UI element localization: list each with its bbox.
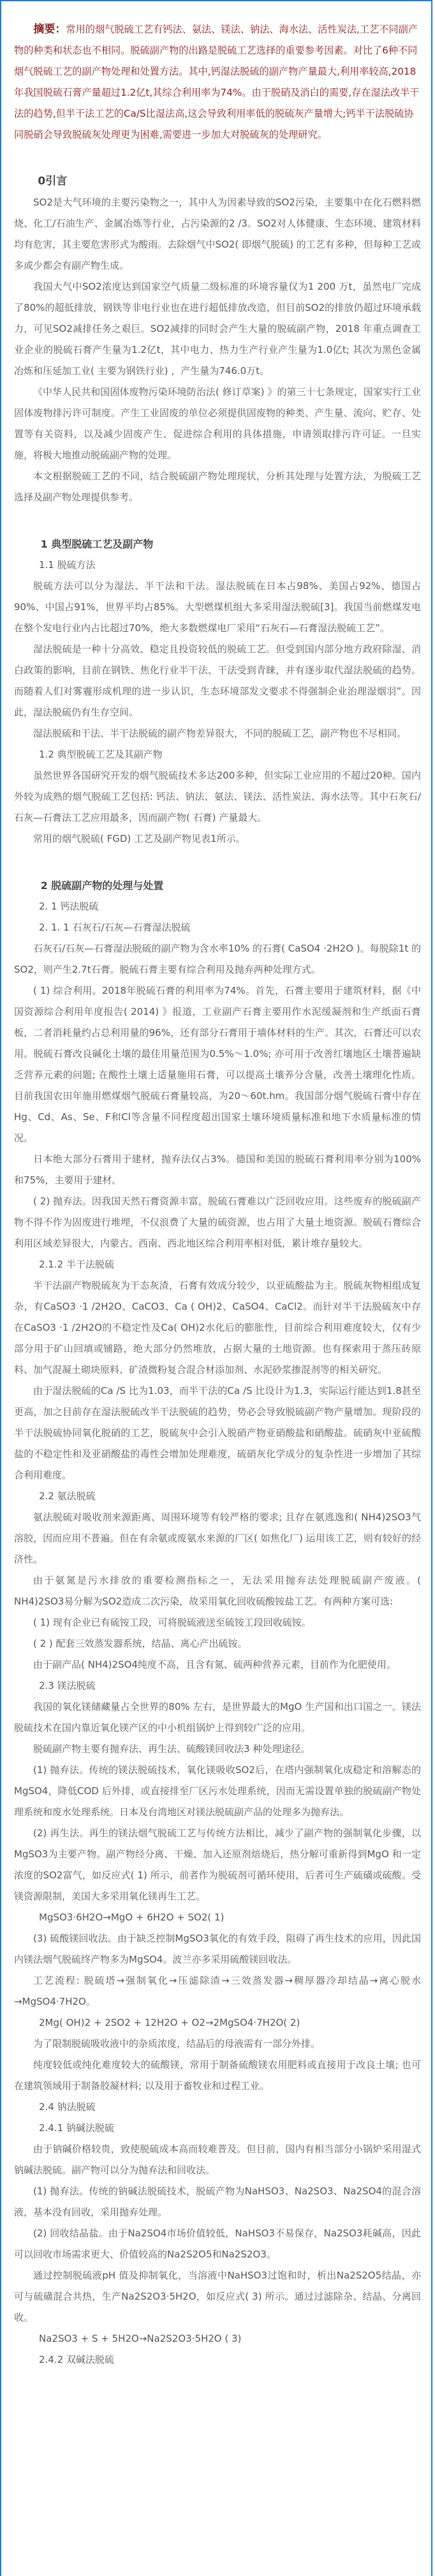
paragraph: 《中华人民共和国固体废物污染环境防治法( 修订草案) 》的第三十七条规定，国家实…: [14, 382, 421, 466]
equation-3: Na2SO3 + S + 5H2O→Na2S2O3·5H2O ( 3): [14, 2328, 421, 2349]
paragraph: 由于钠碱价格较贵，致使脱硫成本高而较难普及。但目前，国内有相当部分小锅炉采用湿式…: [14, 2139, 421, 2181]
section-2-1-1-title: 2. 1. 1 石灰石/石灰—石膏湿法脱硫: [14, 917, 421, 938]
paragraph: 虽然世界各国研究开发的烟气脱硫技术多达200多种，但实际工业应用的不超过20种。…: [14, 765, 421, 828]
paragraph: 纯度较低或纯化难度较大的硫酸镁，常用于制备硫酸镁农用肥料或直接用于改良土壤; 也…: [14, 2055, 421, 2097]
paragraph: 通过控制脱硫液pH 值及抑制氧化，当溶液中NaHSO3过饱和时，析出Na2S2O…: [14, 2265, 421, 2328]
paragraph: (1) 抛弃法。传统的钠碱法脱硫技术，脱硫产物为NaHSO3、Na2SO3、Na…: [14, 2181, 421, 2223]
section-1-title: 1 典型脱硫工艺及副产物: [14, 534, 421, 555]
equation-2: 2Mg( OH)2 + 2SO2 + 12H2O + O2→2MgSO4·7H2…: [14, 2012, 421, 2033]
abstract: 摘要：常用的烟气脱硫工艺有钙法、氨法、镁法、钠法、海水法、活性炭法,工艺不同副产…: [14, 19, 421, 146]
section-2-3-title: 2.3 镁法脱硫: [14, 1675, 421, 1696]
paragraph: ( 2 ) 配套三效蒸发器系统，结晶、离心产出硫铵。: [14, 1633, 421, 1654]
section-1-2-title: 1.2 典型脱硫工艺及其副产物: [14, 744, 421, 765]
section-2-4-1-title: 2.4.1 钠碱法脱硫: [14, 2118, 421, 2139]
paragraph: 氨法脱硫对吸收剂来源距离、周围环境等有较严格的要求; 且存在氨逃逸和( NH4)…: [14, 1507, 421, 1570]
paragraph: 由于氨氮是污水排放的重要检测指标之一，无法采用抛弃法处理脱硫副产废液。( NH4…: [14, 1570, 421, 1612]
paragraph: 由于湿法脱硫的Ca /S 比为1.03，而半干法的Ca /S 比设计为1.3，实…: [14, 1381, 421, 1486]
paragraph: 石灰石/石灰—石膏湿法脱硫的副产物为含水率10% 的石膏( CaSO4 ·2H2…: [14, 938, 421, 980]
paragraph: ( 2) 抛弃法。因我国天然石膏资源丰富，脱硫石膏难以广泛回收应用。这些废弃的脱…: [14, 1191, 421, 1254]
paragraph: 半干法副产物脱硫灰为干态灰渣，石膏有效成分较少，以亚硫酸盐为主。脱硫灰物相组成复…: [14, 1275, 421, 1381]
paragraph: (2) 再生法。再生的镁法烟气脱硫工艺与传统方法相比，减少了副产物的强制氧化步骤…: [14, 1823, 421, 1907]
paragraph: 日本绝大部分石膏用于建材，抛弃法仅占3%。德国和美国的脱硫石膏利用率分别为100…: [14, 1149, 421, 1191]
abstract-label: 摘要：: [33, 23, 66, 36]
section-2-4-title: 2.4 钠法脱硫: [14, 2097, 421, 2118]
abstract-text: 常用的烟气脱硫工艺有钙法、氨法、镁法、钠法、海水法、活性炭法,工艺不同副产物的种…: [14, 24, 419, 140]
paragraph: 本文根据脱硫工艺的不同，结合脱硫副产物处理现状，分析其处理与处置方法，为脱硫工艺…: [14, 466, 421, 508]
paragraph: 为了限制脱硫吸收液中的杂质浓度，结晶后的母液需有一部分外排。: [14, 2033, 421, 2055]
paragraph: 我国的氧化镁储藏量占全世界的80% 左右，是世界最大的MgO 生产国和出口国之一…: [14, 1696, 421, 1739]
section-2-4-2-title: 2.4.2 双碱法脱硫: [14, 2349, 421, 2370]
paragraph: 常用的烟气脱硫( FGD) 工艺及副产物见表1所示。: [14, 828, 421, 850]
paragraph: SO2是大气环境的主要污染物之一，其中人为因素导致的SO2污染，主要集中在化石燃…: [14, 192, 421, 276]
paragraph: 脱硫方法可以分为湿法、半干法和干法。湿法脱硫在日本占98%、美国占92%、德国占…: [14, 576, 421, 639]
paragraph: 由于副产品( NH4)2SO4纯度不高，且含有氮、硫两种营养元素，目前作为化肥使…: [14, 1654, 421, 1675]
equation-1: MgSO3·6H2O→MgO + 6H2O + SO2( 1): [14, 1907, 421, 1928]
paragraph: (3) 硫酸镁回收法。由于缺乏控制MgSO3氧化的有效手段，阻碍了再生技术的应用…: [14, 1928, 421, 1970]
section-2-2-title: 2.2 氨法脱硫: [14, 1486, 421, 1507]
paragraph: 湿法脱硫是一种十分高效、稳定且投资较低的脱硫工艺。但受到国内部分地方政府除湿、消…: [14, 639, 421, 723]
section-1-1-title: 1.1 脱硫方法: [14, 555, 421, 576]
paragraph: 我国大气中SO2浓度达到国家空气质量二级标准的环境容量仅为1 200 万t，虽然…: [14, 276, 421, 382]
section-2-title: 2 脱硫副产物的处理与处置: [14, 875, 421, 896]
paragraph: ( 1) 现有企业已有硫铵工段，可将脱硫液送至硫铵工段回收硫铵。: [14, 1612, 421, 1633]
paragraph: ( 1) 综合利用。2018年脱硫石膏的利用率为74%。首先，石膏主要用于建筑材…: [14, 980, 421, 1149]
section-2-1-2-title: 2.1.2 半干法脱硫: [14, 1254, 421, 1275]
paragraph: (1) 抛弃法。传统的镁法脱硫技术，氧化镁吸收SO2后，在塔内强制氧化成稳定和溶…: [14, 1760, 421, 1823]
paragraph: 工艺流程: 脱硫塔→强制氧化→压滤除渣→三效蒸发器→稠厚器冷却结晶→离心脱水→M…: [14, 1970, 421, 2012]
paragraph: (2) 回收结晶盐。由于Na2SO4市场价值较低，NaHSO3不易保存，Na2S…: [14, 2223, 421, 2265]
article: 摘要：常用的烟气脱硫工艺有钙法、氨法、镁法、钠法、海水法、活性炭法,工艺不同副产…: [14, 19, 421, 2370]
section-intro-title: 0引言: [14, 171, 421, 192]
section-2-1-title: 2. 1 钙法脱硫: [14, 896, 421, 917]
paragraph: 脱硫副产物主要有抛弃法、再生法、硫酸镁回收法3 种处理途径。: [14, 1739, 421, 1760]
paragraph: 湿法脱硫和干法、半干法脱硫的副产物差异很大，不同的脱硫工艺，副产物也不尽相同。: [14, 723, 421, 744]
